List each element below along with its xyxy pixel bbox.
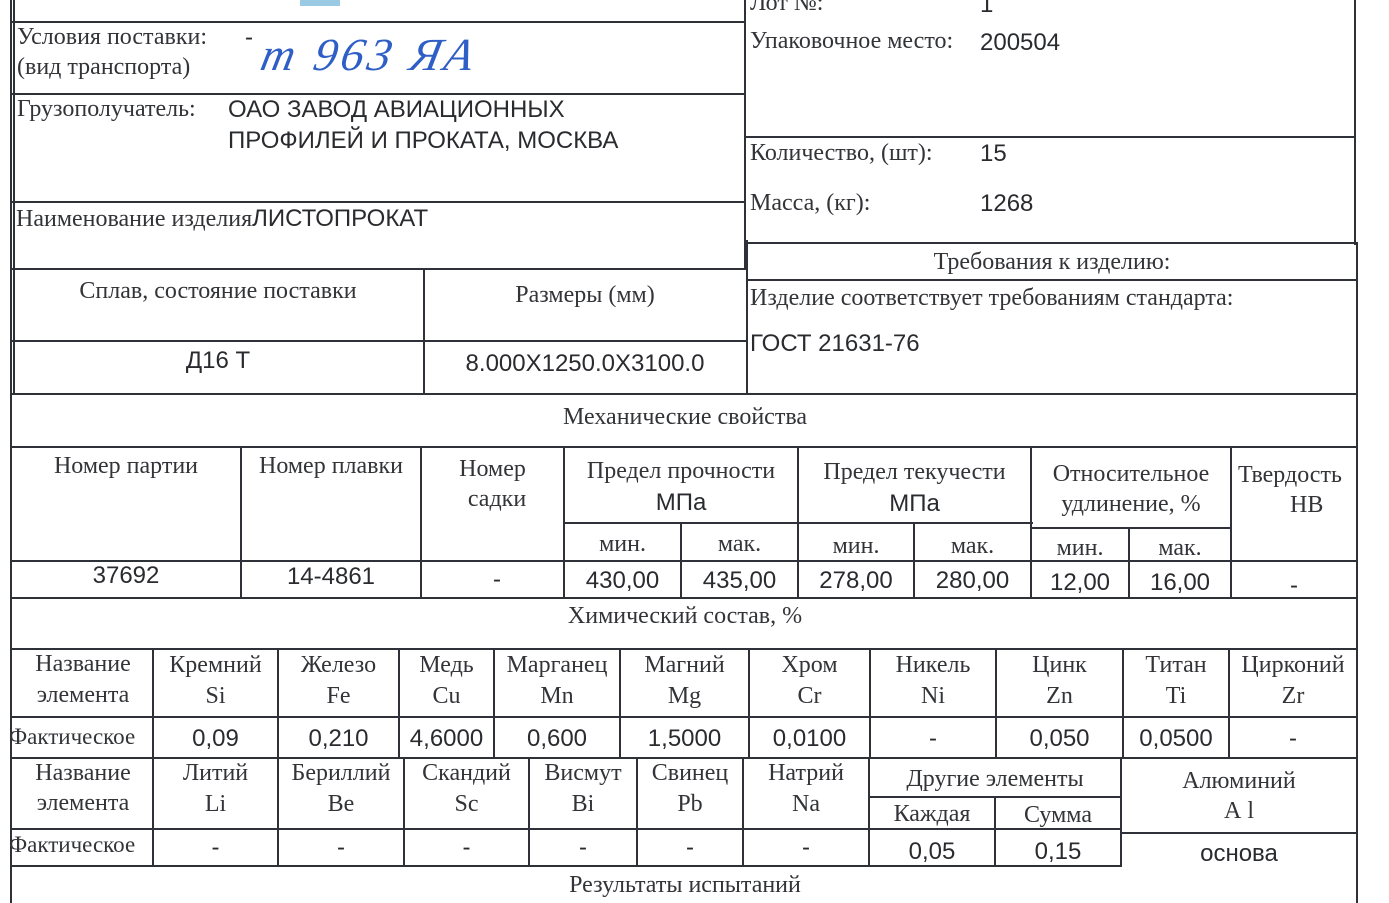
elong-max-value: 16,00 [1130, 569, 1230, 597]
element-value: - [154, 834, 277, 862]
rule [746, 136, 1356, 138]
element-symbol: Be [279, 791, 403, 818]
element-symbol: Si [154, 683, 277, 710]
rule [10, 597, 1358, 599]
rule [1120, 832, 1356, 834]
rule [1030, 527, 1230, 529]
element-name: Литий [154, 760, 277, 787]
consignee-line2: ПРОФИЛЕЙ И ПРОКАТА, МОСКВА [228, 127, 618, 155]
dimensions-value: 8.000X1250.0X3100.0 [425, 350, 745, 378]
element-value: 0,050 [997, 725, 1122, 753]
package-place-label: Упаковочное место: [750, 28, 953, 55]
elong-min-value: 12,00 [1032, 569, 1128, 597]
rule [10, 393, 1358, 395]
element-symbol: Pb [638, 791, 742, 818]
charge-header-2: садки [422, 486, 572, 513]
actual-label: Фактическое [9, 724, 135, 750]
element-symbol: Ti [1124, 683, 1228, 710]
rule [10, 201, 746, 203]
element-symbol: Cu [400, 683, 493, 710]
mass-value: 1268 [980, 190, 1033, 218]
element-symbol: Ni [871, 683, 995, 710]
yield-max-value: 280,00 [915, 567, 1030, 595]
charge-header-1: Номер [422, 456, 563, 483]
rule [746, 279, 1358, 281]
element-symbol: Mn [495, 683, 619, 710]
element-name: Цинк [997, 652, 1122, 679]
product-name: Наименование изделияЛИСТОПРОКАТ [16, 205, 428, 233]
element-name: Никель [871, 652, 995, 679]
element-symbol: Zr [1230, 683, 1356, 710]
element-value: 1,5000 [621, 725, 748, 753]
stamp-fragment [300, 0, 340, 6]
lot-value: 1 [980, 0, 993, 19]
element-symbol: Li [154, 791, 277, 818]
rule [10, 757, 1358, 759]
rule [10, 93, 746, 95]
other-sum-value: 0,15 [996, 838, 1120, 866]
rule [746, 242, 1358, 244]
mechanical-title: Механические свойства [12, 404, 1358, 431]
element-name: Бериллий [279, 760, 403, 787]
tensile-max-value: 435,00 [682, 567, 797, 595]
lot-label: Лот №: [750, 0, 823, 17]
rule [10, 21, 746, 23]
element-value: - [405, 834, 528, 862]
chemical-title: Химический состав, % [12, 603, 1358, 630]
hardness-value: - [1232, 572, 1356, 600]
element-value: - [744, 834, 868, 862]
element-value: 0,09 [154, 725, 277, 753]
actual-label-row2: Фактическое [9, 832, 135, 858]
alloy-value: Д16 Т [13, 347, 423, 375]
yield-header-1: Предел текучести [799, 459, 1030, 486]
requirements-text: Изделие соответствует требованиям станда… [750, 285, 1233, 312]
rule [10, 446, 1358, 448]
tensile-max-header: мак. [682, 531, 797, 558]
rule [10, 648, 1358, 650]
element-symbol: Zn [997, 683, 1122, 710]
product-name-value: ЛИСТОПРОКАТ [252, 205, 428, 232]
delivery-terms-label: Условия поставки: [17, 24, 207, 51]
element-name: Магний [621, 652, 748, 679]
element-name: Марганец [495, 652, 619, 679]
batch-header: Номер партии [12, 453, 240, 480]
elong-header-1: Относительное [1032, 461, 1230, 488]
element-value: - [1230, 725, 1356, 753]
transport-type-label: (вид транспорта) [17, 54, 190, 81]
melt-value: 14-4861 [242, 563, 420, 591]
element-symbol: Sc [405, 791, 528, 818]
rule [10, 268, 746, 270]
quantity-label: Количество, (шт): [750, 140, 933, 167]
rule [10, 340, 746, 342]
yield-max-header: мак. [915, 533, 1030, 560]
batch-value: 37692 [12, 562, 240, 590]
delivery-terms-dash: - [245, 24, 253, 52]
element-name-label-2: элемента [12, 682, 154, 709]
elong-max-header: мак. [1130, 535, 1230, 562]
element-name: Железо [279, 652, 398, 679]
element-name: Свинец [638, 760, 742, 787]
element-symbol: Cr [750, 683, 869, 710]
mass-label: Масса, (кг): [750, 190, 870, 217]
element-name: Кремний [154, 652, 277, 679]
aluminium-value: основа [1122, 840, 1356, 868]
element-value: 0,0500 [1124, 725, 1228, 753]
element-name: Цирконий [1230, 652, 1356, 679]
element-name-label-1: Название [12, 651, 154, 678]
element-name: Натрий [744, 760, 868, 787]
element-value: 0,210 [279, 725, 398, 753]
aluminium-name: Алюминий [1122, 768, 1356, 795]
divider-left-right [744, 0, 746, 270]
element-symbol: Mg [621, 683, 748, 710]
dimensions-header: Размеры (мм) [425, 282, 745, 309]
element-value: 4,6000 [400, 725, 493, 753]
border-left-inner [13, 0, 15, 395]
other-each-value: 0,05 [870, 838, 994, 866]
element-value: - [530, 834, 636, 862]
elong-header-2: удлинение, % [1032, 491, 1230, 518]
element-value: - [871, 725, 995, 753]
tensile-header-2: МПа [565, 489, 797, 517]
alloy-header: Сплав, состояние поставки [13, 278, 423, 305]
handwritten-vehicle-number: m 963 ЯА [256, 28, 483, 81]
element-name-label-row2-2: элемента [12, 790, 154, 817]
yield-min-header: мин. [799, 533, 913, 560]
standard-value: ГОСТ 21631-76 [750, 330, 920, 358]
product-name-label: Наименование изделия [16, 206, 252, 232]
element-value: - [279, 834, 403, 862]
rule [563, 522, 1033, 524]
border-right-top [1354, 0, 1356, 245]
tensile-min-header: мин. [565, 531, 680, 558]
rule [10, 828, 1120, 830]
tensile-min-value: 430,00 [565, 567, 680, 595]
element-name-label-row2-1: Название [12, 760, 154, 787]
other-each-label: Каждая [870, 801, 994, 828]
element-value: - [638, 834, 742, 862]
requirements-header: Требования к изделию: [748, 249, 1356, 276]
element-name: Медь [400, 652, 493, 679]
charge-value: - [422, 566, 572, 594]
other-sum-label: Сумма [996, 802, 1120, 829]
package-place-value: 200504 [980, 29, 1060, 57]
element-symbol: Fe [279, 683, 398, 710]
yield-min-value: 278,00 [799, 567, 913, 595]
quantity-value: 15 [980, 140, 1007, 168]
hardness-header-2: НВ [1290, 492, 1323, 519]
element-name: Титан [1124, 652, 1228, 679]
other-elements-header: Другие элементы [870, 766, 1120, 793]
consignee-label: Грузополучатель: [17, 96, 196, 123]
element-symbol: Na [744, 791, 868, 818]
element-name: Скандий [405, 760, 528, 787]
elong-min-header: мин. [1032, 535, 1128, 562]
melt-header: Номер плавки [242, 453, 420, 480]
rule [10, 716, 1358, 718]
consignee-line1: ОАО ЗАВОД АВИАЦИОННЫХ [228, 96, 565, 124]
hardness-header-1: Твердость [1238, 462, 1342, 489]
element-value: 0,0100 [750, 725, 869, 753]
element-name: Хром [750, 652, 869, 679]
element-name: Висмут [530, 760, 636, 787]
border-right [1356, 243, 1358, 903]
yield-header-2: МПа [799, 490, 1030, 518]
element-symbol: Bi [530, 791, 636, 818]
element-value: 0,600 [495, 725, 619, 753]
aluminium-symbol: А l [1122, 798, 1356, 825]
tensile-header-1: Предел прочности [565, 458, 797, 485]
test-results-title: Результаты испытаний [12, 872, 1358, 899]
